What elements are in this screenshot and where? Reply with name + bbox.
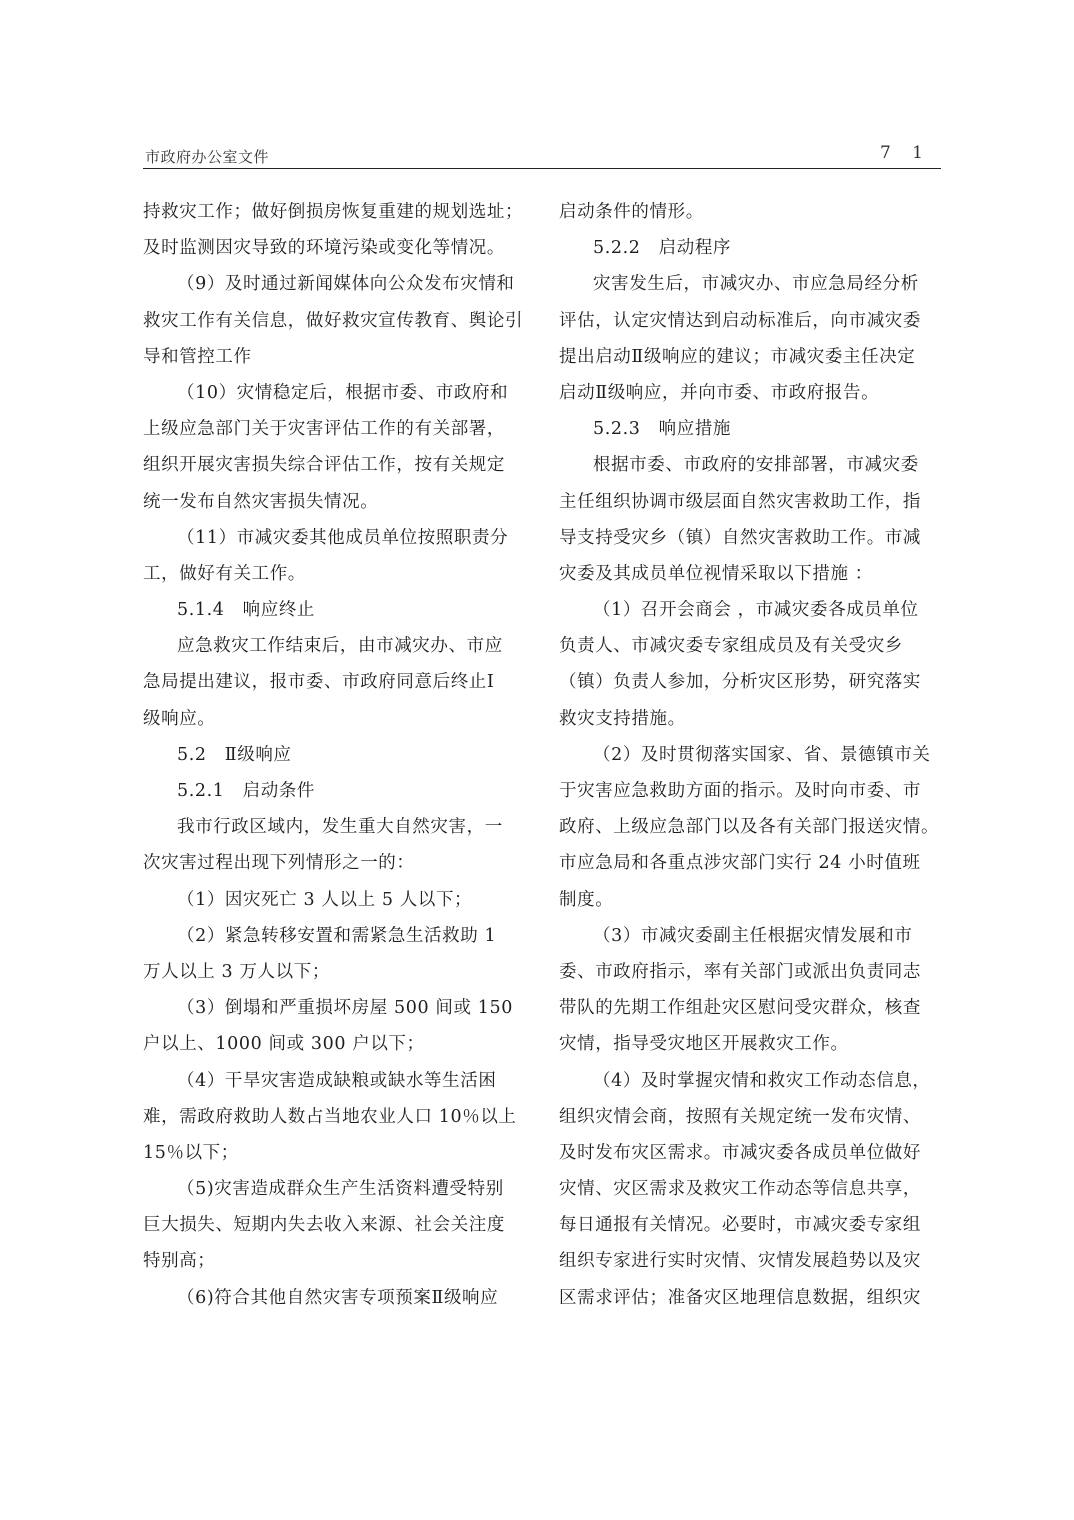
text-line: 政府、上级应急部门以及各有关部门报送灾情。 bbox=[559, 811, 944, 847]
text-line: 统一发布自然灾害损失情况。 bbox=[143, 486, 528, 522]
text-line: 及时监测因灾导致的环境污染或变化等情况。 bbox=[143, 232, 528, 268]
text-line: 上级应急部门关于灾害评估工作的有关部署， bbox=[143, 413, 528, 449]
text-line: 我市行政区域内，发生重大自然灾害，一 bbox=[143, 811, 528, 847]
text-line: （1）因灾死亡 3 人以上 5 人以下； bbox=[143, 884, 528, 920]
text-line: 委、市政府指示，率有关部门或派出负责同志 bbox=[559, 956, 944, 992]
text-line: （2）紧急转移安置和需紧急生活救助 1 bbox=[143, 920, 528, 956]
text-line: （2）及时贯彻落实国家、省、景德镇市关 bbox=[559, 739, 944, 775]
text-line: 救灾工作有关信息，做好救灾宣传教育、舆论引 bbox=[143, 305, 528, 341]
text-line: 急局提出建议，报市委、市政府同意后终止Ⅰ bbox=[143, 666, 528, 702]
text-line: 启动Ⅱ级响应，并向市委、市政府报告。 bbox=[559, 377, 944, 413]
text-line: （3）倒塌和严重损坏房屋 500 间或 150 bbox=[143, 992, 528, 1028]
text-line: 5.2 Ⅱ级响应 bbox=[143, 739, 528, 775]
page-number: 7 1 bbox=[880, 143, 931, 163]
text-line: 带队的先期工作组赴灾区慰问受灾群众，核查 bbox=[559, 992, 944, 1028]
running-header: 市政府办公室文件 7 1 bbox=[143, 140, 941, 169]
text-line: （9）及时通过新闻媒体向公众发布灾情和 bbox=[143, 268, 528, 304]
text-line: 级响应。 bbox=[143, 703, 528, 739]
text-line: （10）灾情稳定后，根据市委、市政府和 bbox=[143, 377, 528, 413]
text-line: 每日通报有关情况。必要时，市减灾委专家组 bbox=[559, 1209, 944, 1245]
text-line: 组织灾情会商，按照有关规定统一发布灾情、 bbox=[559, 1101, 944, 1137]
text-line: （4）干旱灾害造成缺粮或缺水等生活困 bbox=[143, 1065, 528, 1101]
text-line: 5.2.3 响应措施 bbox=[559, 413, 944, 449]
text-line: 救灾支持措施。 bbox=[559, 703, 944, 739]
text-line: 持救灾工作；做好倒损房恢复重建的规划选址； bbox=[143, 196, 528, 232]
text-line: 根据市委、市政府的安排部署，市减灾委 bbox=[559, 449, 944, 485]
text-line: 5.1.4 响应终止 bbox=[143, 594, 528, 630]
text-line: 组织专家进行实时灾情、灾情发展趋势以及灾 bbox=[559, 1245, 944, 1281]
text-line: 5.2.2 启动程序 bbox=[559, 232, 944, 268]
text-line: 次灾害过程出现下列情形之一的： bbox=[143, 847, 528, 883]
right-column: 启动条件的情形。5.2.2 启动程序灾害发生后，市减灾办、市应急局经分析评估，认… bbox=[559, 196, 944, 1318]
text-line: （3）市减灾委副主任根据灾情发展和市 bbox=[559, 920, 944, 956]
left-column: 持救灾工作；做好倒损房恢复重建的规划选址；及时监测因灾导致的环境污染或变化等情况… bbox=[143, 196, 528, 1318]
text-line: 导和管控工作 bbox=[143, 341, 528, 377]
text-line: （6)符合其他自然灾害专项预案Ⅱ级响应 bbox=[143, 1282, 528, 1318]
text-line: （1）召开会商会 ，市减灾委各成员单位 bbox=[559, 594, 944, 630]
text-line: 区需求评估；准备灾区地理信息数据，组织灾 bbox=[559, 1282, 944, 1318]
text-line: 工，做好有关工作。 bbox=[143, 558, 528, 594]
text-line: 15％以下； bbox=[143, 1137, 528, 1173]
text-line: （5)灾害造成群众生产生活资料遭受特别 bbox=[143, 1173, 528, 1209]
text-line: （11）市减灾委其他成员单位按照职责分 bbox=[143, 522, 528, 558]
text-line: 组织开展灾害损失综合评估工作，按有关规定 bbox=[143, 449, 528, 485]
text-line: 负责人、市减灾委专家组成员及有关受灾乡 bbox=[559, 630, 944, 666]
text-line: 灾害发生后，市减灾办、市应急局经分析 bbox=[559, 268, 944, 304]
text-line: 难，需政府救助人数占当地农业人口 10％以上 bbox=[143, 1101, 528, 1137]
text-line: 导支持受灾乡（镇）自然灾害救助工作。市减 bbox=[559, 522, 944, 558]
text-line: 灾情、灾区需求及救灾工作动态等信息共享， bbox=[559, 1173, 944, 1209]
text-line: 提出启动Ⅱ级响应的建议；市减灾委主任决定 bbox=[559, 341, 944, 377]
text-line: 应急救灾工作结束后，由市减灾办、市应 bbox=[143, 630, 528, 666]
text-line: 市应急局和各重点涉灾部门实行 24 小时值班 bbox=[559, 847, 944, 883]
text-line: 特别高； bbox=[143, 1245, 528, 1281]
text-line: 5.2.1 启动条件 bbox=[143, 775, 528, 811]
header-title: 市政府办公室文件 bbox=[145, 146, 269, 167]
text-line: 巨大损失、短期内失去收入来源、社会关注度 bbox=[143, 1209, 528, 1245]
text-line: 启动条件的情形。 bbox=[559, 196, 944, 232]
text-line: 灾委及其成员单位视情采取以下措施 ： bbox=[559, 558, 944, 594]
text-line: 灾情，指导受灾地区开展救灾工作。 bbox=[559, 1028, 944, 1064]
text-line: 万人以上 3 万人以下； bbox=[143, 956, 528, 992]
text-line: 及时发布灾区需求。市减灾委各成员单位做好 bbox=[559, 1137, 944, 1173]
text-line: （4）及时掌握灾情和救灾工作动态信息， bbox=[559, 1065, 944, 1101]
text-line: 主任组织协调市级层面自然灾害救助工作，指 bbox=[559, 486, 944, 522]
text-line: （镇）负责人参加，分析灾区形势，研究落实 bbox=[559, 666, 944, 702]
text-line: 户以上、1000 间或 300 户以下； bbox=[143, 1028, 528, 1064]
text-line: 评估，认定灾情达到启动标准后，向市减灾委 bbox=[559, 305, 944, 341]
text-line: 制度。 bbox=[559, 884, 944, 920]
text-line: 于灾害应急救助方面的指示。及时向市委、市 bbox=[559, 775, 944, 811]
